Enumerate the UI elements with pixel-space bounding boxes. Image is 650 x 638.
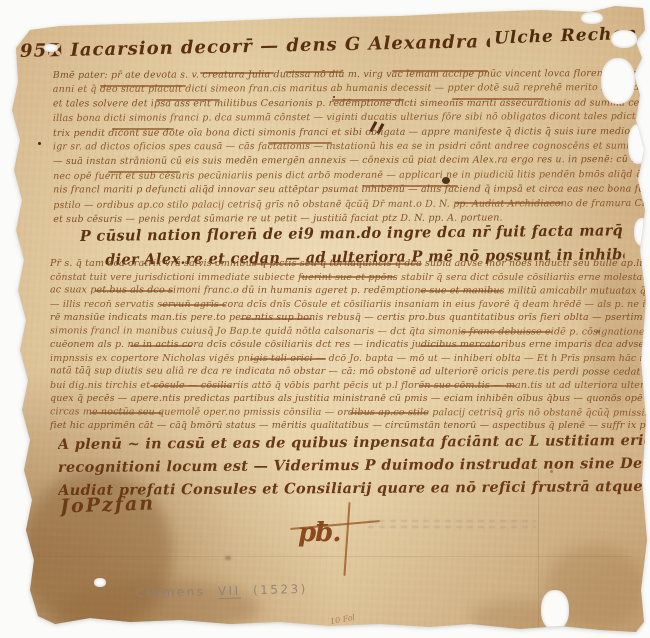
manuscript-line: ac suax pet.bus als dco simoni franc.o d…: [50, 283, 647, 298]
pencil-scribble: [368, 516, 536, 530]
manuscript-line: cuēonem als p. ne in actis cora dcīs c…: [50, 338, 647, 352]
manuscript-line: rē mansiūe indicats man.tis pere.to pe…: [50, 311, 647, 325]
pencil-pope-numeral: VII: [218, 584, 241, 600]
paper-hole: [601, 58, 635, 104]
manuscript-photo: 95✠ Iacarsion decorr̄ — dens G Alexandra…: [0, 0, 650, 638]
manuscript-line: cōnstat tuit vere jurisdictioni immedia…: [50, 271, 647, 285]
manuscript-line: simonis francl in manibus cuiusq̄ Jo Bap…: [50, 324, 647, 339]
paper-hole: [628, 124, 648, 164]
paper-hole: [611, 30, 637, 48]
manuscript-line: et tales solvere det ipsa ass erit milit…: [53, 96, 645, 111]
manuscript-line: nec opē fuerit et sub cēsuris pecūnia…: [53, 168, 645, 184]
notary-mark: pƀ.: [290, 502, 382, 580]
manuscript-line: anni et q̄ deo sicut placuit dicti simeo…: [53, 81, 645, 97]
ink-speck: [38, 142, 41, 145]
manuscript-line: bui dig.nis tirchis et cōsule — cōsili…: [50, 379, 647, 393]
paper-hole: [581, 12, 603, 24]
manuscript-line: — illis recon̄ servatis servun̄ agrīs c…: [50, 298, 647, 312]
manuscript-paper: 95✠ Iacarsion decorr̄ — dens G Alexandra…: [0, 0, 650, 638]
manuscript-line: circas me noctūa seu quemolē oper.no p…: [50, 405, 647, 420]
manuscript-line: quex q̄ pecēs — apere.ntis predictas pa…: [50, 392, 647, 406]
pencil-year: (1523): [253, 582, 308, 597]
notary-monogram: pƀ.: [298, 518, 340, 548]
manuscript-line: igr sr. ad dictos oficios spes causā — …: [53, 140, 645, 155]
pencil-pope-name: Clemens: [136, 584, 206, 600]
manuscript-line: natā tāq̄ sup diutis seu aliā re dca …: [50, 364, 647, 379]
paper-hole: [634, 218, 650, 246]
paper-hole: [44, 44, 58, 52]
manuscript-line: nis francl mariti p defuncti aliq̄d inno…: [53, 183, 645, 198]
foxing-spot: [225, 556, 231, 560]
photo-background: 95✠ Iacarsion decorr̄ — dens G Alexandra…: [0, 0, 650, 638]
manuscript-line: impnssis ex copertore Nicholas vigēs pn…: [50, 352, 647, 366]
decision-block: A plenū ~ in casū et eas de quibus inp…: [58, 429, 646, 502]
petition-paragraph-1: Bmē pater: pr̄ ate devota s. v. creatur…: [53, 67, 646, 227]
manuscript-line: trix pendit dicont sue dote oīa bona di…: [53, 125, 645, 141]
scribe-signature: JoPzfan: [60, 492, 156, 517]
petition-paragraph-2: Pr̄ s. q̄ tam dca oratrix vrā salvis om…: [50, 257, 647, 433]
notary-cross-vertical: [343, 502, 350, 576]
paper-hole: [94, 578, 106, 587]
manuscript-line: Pr̄ s. q̄ tam dca oratrix vrā salvis om…: [50, 257, 647, 271]
paper-hole: [541, 590, 569, 630]
